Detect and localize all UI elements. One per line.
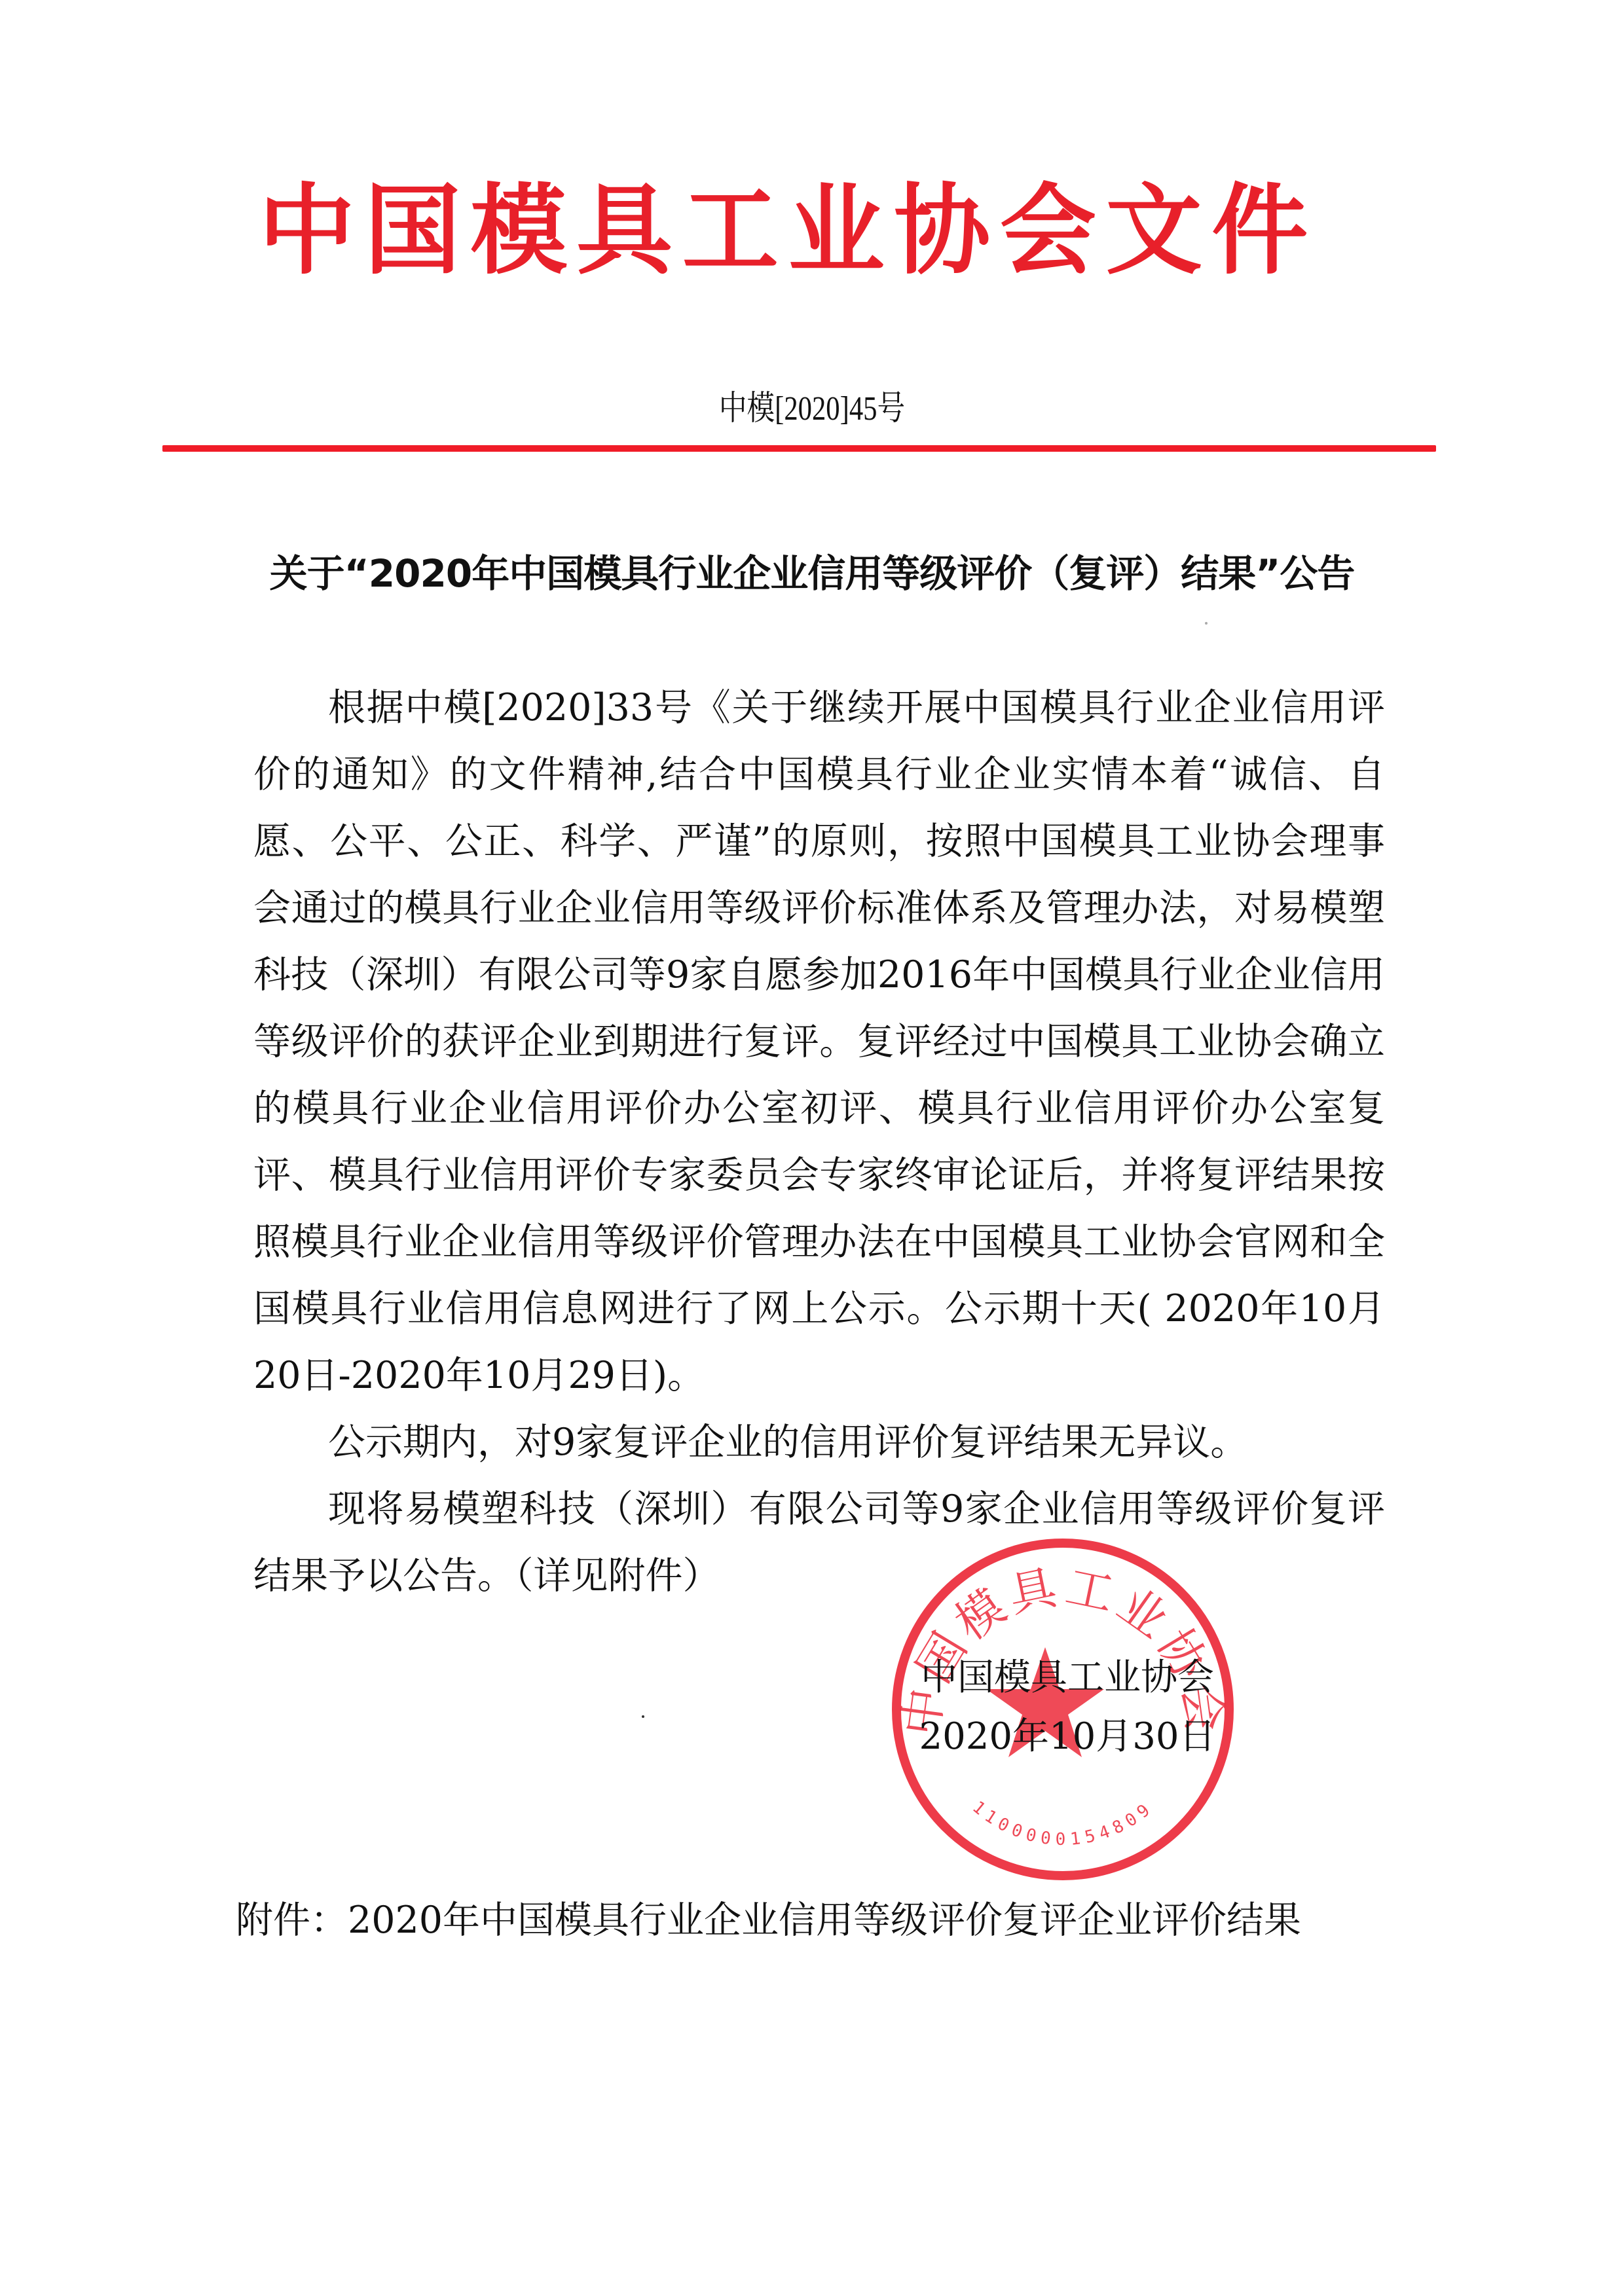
document-number: 中模[2020]45号 bbox=[146, 388, 1478, 431]
scan-speck bbox=[642, 1715, 644, 1718]
masthead-title: 中国模具工业协会文件 bbox=[259, 172, 1337, 289]
signature-date: 2020年10月30日 bbox=[913, 1707, 1221, 1766]
scan-speck bbox=[1205, 622, 1208, 625]
red-divider-line bbox=[162, 445, 1436, 452]
attachment-note: 附件：2020年中国模具行业企业信用等级评价复评企业评价结果 bbox=[236, 1894, 1301, 1946]
seal-code: 1100000154809 bbox=[969, 1797, 1158, 1850]
signature-organization: 中国模具工业协会 bbox=[913, 1649, 1221, 1707]
body-paragraph-2: 公示期内，对9家复评企业的信用评价复评结果无异议。 bbox=[253, 1409, 1385, 1476]
announcement-body: 根据中模[2020]33号《关于继续开展中国模具行业企业信用评价的通知》的文件精… bbox=[253, 674, 1385, 1609]
body-paragraph-1: 根据中模[2020]33号《关于继续开展中国模具行业企业信用评价的通知》的文件精… bbox=[253, 674, 1385, 1409]
svg-text:1100000154809: 1100000154809 bbox=[969, 1797, 1158, 1850]
announcement-title: 关于“2020年中国模具行业企业信用等级评价（复评）结果”公告 bbox=[0, 549, 1624, 598]
